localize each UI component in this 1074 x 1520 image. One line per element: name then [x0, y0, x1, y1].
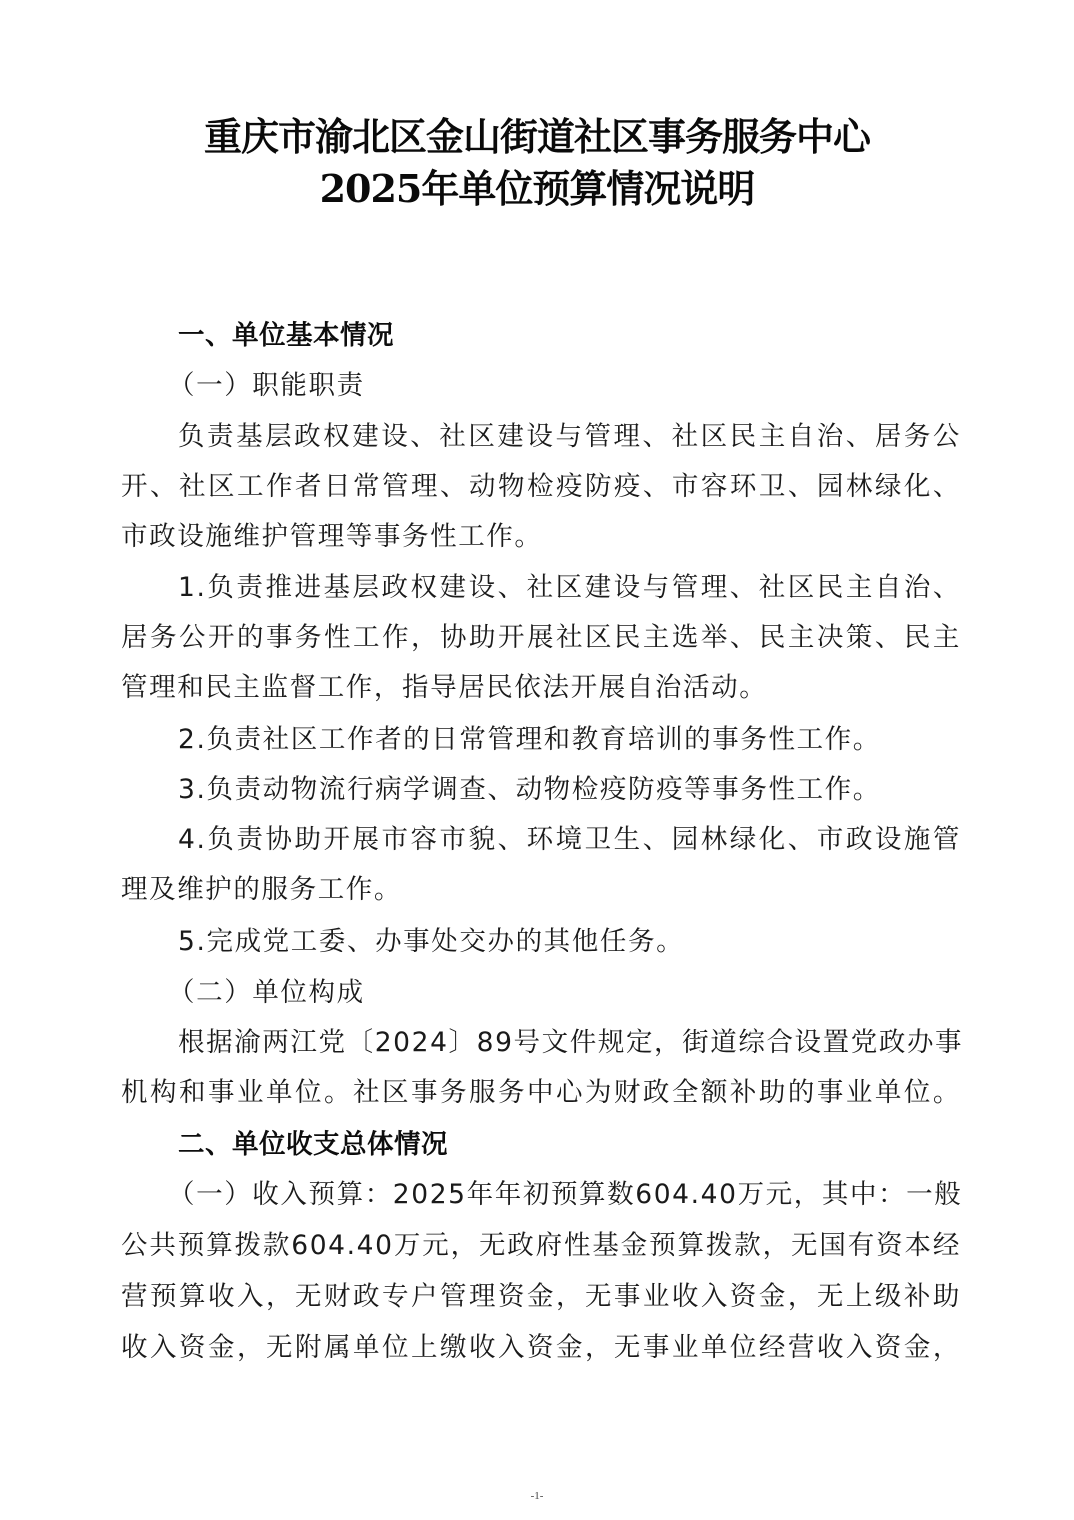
subsection-duties-heading: （一）职能职责 — [168, 368, 1008, 404]
document-title-line1: 重庆市渝北区金山街道社区事务服务中心 — [0, 106, 1074, 161]
subsection-composition-heading: （二）单位构成 — [168, 975, 1008, 1011]
section2-heading: 二、单位收支总体情况 — [178, 1127, 961, 1163]
page-number: -1- — [0, 1490, 1074, 1502]
section1-heading: 一、单位基本情况 — [178, 318, 961, 354]
income-line: （一）收入预算：2025年年初预算数604.40万元，其中：一般 — [168, 1177, 961, 1213]
duty-item-1-line: 1.负责推进基层政权建设、社区建设与管理、社区民主自治、 — [178, 570, 961, 606]
composition-line: 根据渝两江党〔2024〕89号文件规定，街道综合设置党政办事 — [178, 1025, 961, 1061]
duties-intro-line: 市政设施维护管理等事务性工作。 — [121, 519, 961, 555]
income-line: 营预算收入，无财政专户管理资金，无事业收入资金，无上级补助 — [121, 1279, 961, 1315]
document-page: 重庆市渝北区金山街道社区事务服务中心 2025年单位预算情况说明 一、单位基本情… — [0, 0, 1074, 1520]
income-line: 收入资金，无附属单位上缴收入资金，无事业单位经营收入资金， — [121, 1330, 961, 1366]
duties-intro-line: 开、社区工作者日常管理、动物检疫防疫、市容环卫、园林绿化、 — [121, 469, 961, 505]
duty-item-1-line: 管理和民主监督工作，指导居民依法开展自治活动。 — [121, 670, 961, 706]
duty-item-2: 2.负责社区工作者的日常管理和教育培训的事务性工作。 — [178, 722, 961, 758]
duty-item-5: 5.完成党工委、办事处交办的其他任务。 — [178, 924, 961, 960]
duties-intro-line: 负责基层政权建设、社区建设与管理、社区民主自治、居务公 — [178, 419, 961, 455]
income-line: 公共预算拨款604.40万元，无政府性基金预算拨款，无国有资本经 — [121, 1228, 961, 1264]
duty-item-4-line: 理及维护的服务工作。 — [121, 872, 961, 908]
duty-item-1-line: 居务公开的事务性工作，协助开展社区民主选举、民主决策、民主 — [121, 620, 961, 656]
duty-item-3: 3.负责动物流行病学调查、动物检疫防疫等事务性工作。 — [178, 772, 961, 808]
duty-item-4-line: 4.负责协助开展市容市貌、环境卫生、园林绿化、市政设施管 — [178, 822, 961, 858]
document-title-line2: 2025年单位预算情况说明 — [0, 158, 1074, 213]
composition-line: 机构和事业单位。社区事务服务中心为财政全额补助的事业单位。 — [121, 1075, 961, 1111]
